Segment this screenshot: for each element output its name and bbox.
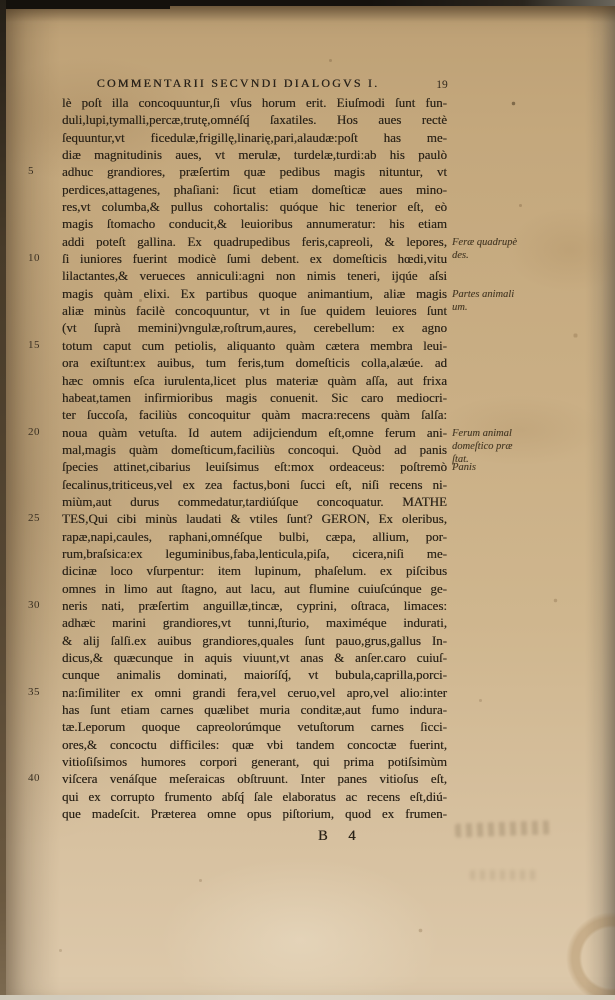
ink-show-through [470, 870, 540, 880]
text-line: lè poſt illa concoquuntur,ſi vſus horum … [62, 94, 447, 111]
text-line: duli,lupi,tymalli,percæ,trutę,omnéſq́ ſa… [62, 111, 447, 128]
margin-note-line: Feræ quadrupè [452, 236, 517, 249]
text-line: ter ſuccoſa, faciliùs concoquitur quàm m… [62, 406, 447, 423]
text-line: hæc omnis eſca iurulenta,licet plus mate… [62, 372, 447, 389]
line-number: 40 [28, 770, 48, 787]
text-line: dicinæ loco vſurpentur: item lupinum, ph… [62, 562, 447, 579]
running-title: COMMENTARII SECVNDI DIALOGVS I. [62, 76, 414, 91]
margin-note: Panis [452, 461, 476, 474]
text-line: ſecalinus,triticeus,vel ex zea factus,bo… [62, 476, 447, 493]
margin-note-line: Ferum animal [452, 427, 512, 440]
text-line: rapæ,napi,caules, raphani,omnéſque bulbi… [62, 528, 447, 545]
text-line: omnes in limo aut ſtagno, aut lacu, aut … [62, 580, 447, 597]
text-line: ores,& concoctu difficiles: quæ vbi tand… [62, 736, 447, 753]
text-line: 10ſi iuniores fuerint modicè ſumi debent… [62, 250, 447, 267]
margin-note-line: des. [452, 249, 517, 262]
text-line: magis ſtomacho conducit,& leuioribus ann… [62, 215, 447, 232]
line-number: 5 [28, 163, 48, 180]
book-page-scan: COMMENTARII SECVNDI DIALOGVS I. 19 lè po… [0, 0, 615, 1000]
margin-note-line: domeſtico præ [452, 440, 512, 453]
text-line: tæ.Leporum quoque capreolorúmque vetuſto… [62, 718, 447, 735]
text-line: lilactantes,& verueces anniculi:agni non… [62, 267, 447, 284]
text-line: ſpecies attinet,cibarius leuiſsimus eſt:… [62, 458, 447, 475]
body-text: lè poſt illa concoquuntur,ſi vſus horum … [62, 94, 447, 822]
text-line: cunque animalis dominati, maioríſq́, vt … [62, 666, 447, 683]
text-line: rum,braſsica:ex leguminibus,faba,lenticu… [62, 545, 447, 562]
text-line: 20noua quàm vetuſta. Id autem adijciendu… [62, 424, 447, 441]
text-line: aliæ minùs facilè concoquuntur, vt in ſu… [62, 302, 447, 319]
text-line: 5adhuc grandiores, præſertim quæ pedibus… [62, 163, 447, 180]
text-line: magis quàm elixi. Ex partibus quoque ani… [62, 285, 447, 302]
ink-show-through [455, 820, 550, 837]
text-line: (vt ſuprà memini)vngulæ,roſtrum,aures, c… [62, 319, 447, 336]
text-line: addi poteſt gallina. Ex quadrupedibus fe… [62, 233, 447, 250]
margin-note-line: Panis [452, 461, 476, 474]
page-number: 19 [428, 79, 456, 91]
margin-note-line: um. [452, 301, 514, 314]
text-line: res,vt columba,& pullus cohortalis: quóq… [62, 198, 447, 215]
text-line: mal,magis quàm domeſticum,faciliùs conco… [62, 441, 447, 458]
text-line: adhæc marini grandiores,vt tunni,ſturio,… [62, 614, 447, 631]
margin-note: Ferum animaldomeſtico præſtat. [452, 427, 512, 466]
text-line: habeat,tamen infirmioribus magis conueni… [62, 389, 447, 406]
text-line: miùm,aut durus commedatur,tardiúſque con… [62, 493, 447, 510]
text-line: qui ex corrupto frumento abſq́ ſale elab… [62, 788, 447, 805]
text-line: 30neris nati, præſertim anguillæ,tincæ, … [62, 597, 447, 614]
text-line: ſequuntur,vt ficedulæ,frigillę,linarię,p… [62, 129, 447, 146]
line-number: 30 [28, 597, 48, 614]
line-number: 15 [28, 337, 48, 354]
text-line: 40viſcera venáſque meſeraicas obſtruunt.… [62, 770, 447, 787]
line-number: 25 [28, 510, 48, 527]
text-line: dicus,& quæcunque in aquis viuunt,vt ana… [62, 649, 447, 666]
margin-note-line: Partes animali [452, 288, 514, 301]
text-line: has ſunt etiam carnes quælibet muria con… [62, 701, 447, 718]
text-line: perdices,attagenes, phaſiani: ſicut etia… [62, 181, 447, 198]
margin-note: Feræ quadrupèdes. [452, 236, 517, 262]
text-line: vitioſiſsimos humores corpori generant, … [62, 753, 447, 770]
margin-note: Partes animalium. [452, 288, 514, 314]
signature-mark: B 4 [318, 828, 408, 845]
scan-edge-top-corner [0, 0, 170, 9]
text-line: que madeſcit. Præterea omne opus piſtori… [62, 805, 447, 822]
text-line: & alij ſalſi.ex auibus grandiores,quales… [62, 632, 447, 649]
text-line: ora exiſtunt:ex auibus, tum feris,tum do… [62, 354, 447, 371]
line-number: 10 [28, 250, 48, 267]
line-number: 20 [28, 424, 48, 441]
line-number: 35 [28, 684, 48, 701]
text-line: diæ magnitudinis aues, vt merulæ, turdel… [62, 146, 447, 163]
text-line: 15totum caput cum petiolis, aliquanto qu… [62, 337, 447, 354]
text-line: 35na:ſimiliter ex omni grandi fera,vel c… [62, 684, 447, 701]
text-line: 25TES,Qui cibi minùs laudati & vtiles ſu… [62, 510, 447, 527]
scan-edge-bottom [0, 995, 615, 1000]
binding-edge [0, 0, 6, 1000]
